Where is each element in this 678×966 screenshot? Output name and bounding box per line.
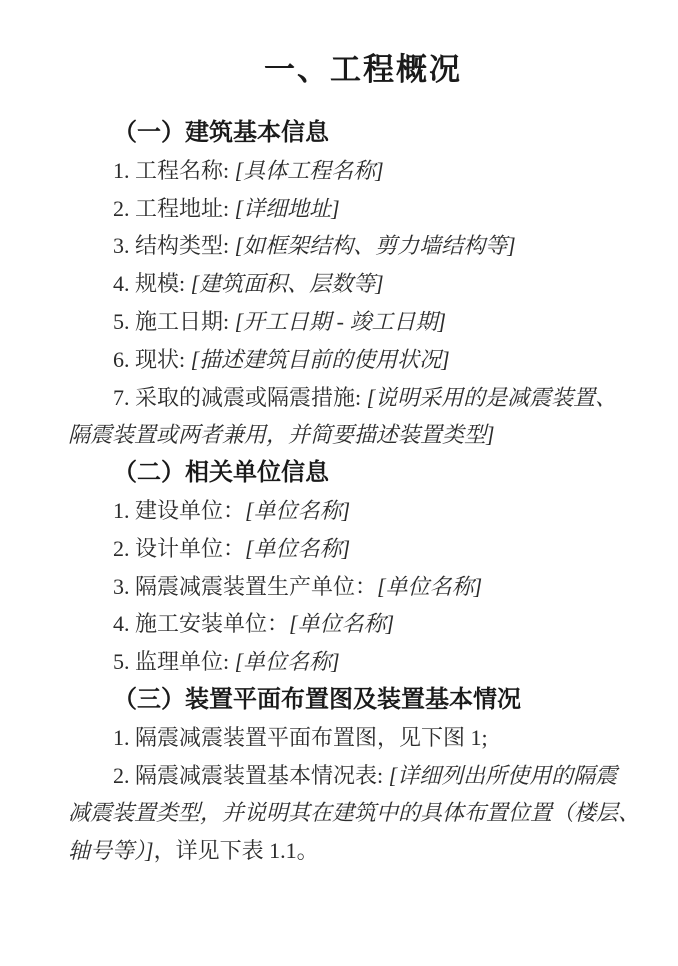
paragraph-line: 4. 施工安装单位：[单位名称]	[68, 605, 610, 643]
document-content: 一、工程概况 （一）建筑基本信息1. 工程名称: [具体工程名称]2. 工程地址…	[68, 48, 610, 870]
placeholder-segment: [单位名称]	[289, 611, 394, 636]
section-heading: （一）建筑基本信息	[68, 114, 610, 152]
placeholder-segment: [建筑面积、层数等]	[191, 271, 384, 296]
document-body: （一）建筑基本信息1. 工程名称: [具体工程名称]2. 工程地址: [详细地址…	[68, 114, 610, 870]
text-segment: 6. 现状:	[113, 347, 191, 372]
text-segment: 3. 隔震减震装置生产单位：	[113, 574, 377, 599]
paragraph-line: 1. 工程名称: [具体工程名称]	[68, 152, 610, 190]
placeholder-segment: [具体工程名称]	[235, 158, 384, 183]
paragraph-line: 2. 隔震减震装置基本情况表: [详细列出所使用的隔震	[68, 757, 610, 795]
section: （三）装置平面布置图及装置基本情况1. 隔震减震装置平面布置图，见下图 1;2.…	[68, 681, 610, 870]
paragraph-line: 4. 规模: [建筑面积、层数等]	[68, 265, 610, 303]
placeholder-segment: [详细列出所使用的隔震	[389, 763, 618, 788]
placeholder-segment: [详细地址]	[235, 196, 340, 221]
placeholder-segment: 轴号等）]	[68, 838, 154, 863]
paragraph-line: 减震装置类型，并说明其在建筑中的具体布置位置（楼层、	[68, 794, 610, 832]
paragraph-line: 1. 隔震减震装置平面布置图，见下图 1;	[68, 719, 610, 757]
text-segment: 2. 隔震减震装置基本情况表:	[113, 763, 389, 788]
paragraph-line: 隔震装置或两者兼用，并简要描述装置类型]	[68, 416, 610, 454]
text-segment: 5. 施工日期:	[113, 309, 235, 334]
placeholder-segment: [单位名称]	[245, 536, 350, 561]
paragraph-line: 3. 隔震减震装置生产单位：[单位名称]	[68, 568, 610, 606]
section: （二）相关单位信息1. 建设单位：[单位名称]2. 设计单位：[单位名称]3. …	[68, 454, 610, 681]
text-segment: 1. 建设单位：	[113, 498, 245, 523]
placeholder-segment: [单位名称]	[245, 498, 350, 523]
text-segment: 1. 工程名称:	[113, 158, 235, 183]
placeholder-segment: [单位名称]	[235, 649, 340, 674]
paragraph-line: 2. 工程地址: [详细地址]	[68, 190, 610, 228]
placeholder-segment: 减震装置类型，并说明其在建筑中的具体布置位置（楼层、	[68, 800, 640, 825]
text-segment: 7. 采取的减震或隔震措施:	[113, 385, 367, 410]
placeholder-segment: 隔震装置或两者兼用，并简要描述装置类型]	[68, 422, 495, 447]
text-segment: 2. 工程地址:	[113, 196, 235, 221]
paragraph-line: 5. 施工日期: [开工日期 - 竣工日期]	[68, 303, 610, 341]
placeholder-segment: [描述建筑目前的使用状况]	[191, 347, 450, 372]
text-segment: 3. 结构类型:	[113, 233, 235, 258]
paragraph-line: 6. 现状: [描述建筑目前的使用状况]	[68, 341, 610, 379]
text-segment: 1. 隔震减震装置平面布置图，见下图 1;	[113, 725, 488, 750]
placeholder-segment: [单位名称]	[377, 574, 482, 599]
text-segment: 5. 监理单位:	[113, 649, 235, 674]
text-segment: 4. 规模:	[113, 271, 191, 296]
paragraph-line: 1. 建设单位：[单位名称]	[68, 492, 610, 530]
section-heading: （二）相关单位信息	[68, 454, 610, 492]
placeholder-segment: [如框架结构、剪力墙结构等]	[235, 233, 516, 258]
section: （一）建筑基本信息1. 工程名称: [具体工程名称]2. 工程地址: [详细地址…	[68, 114, 610, 454]
paragraph-line: 7. 采取的减震或隔震措施: [说明采用的是减震装置、	[68, 379, 610, 417]
text-segment: 4. 施工安装单位：	[113, 611, 289, 636]
document-page: 一、工程概况 （一）建筑基本信息1. 工程名称: [具体工程名称]2. 工程地址…	[0, 0, 678, 966]
text-segment: 2. 设计单位：	[113, 536, 245, 561]
paragraph-line: 2. 设计单位：[单位名称]	[68, 530, 610, 568]
paragraph-line: 轴号等）]，详见下表 1.1。	[68, 832, 610, 870]
placeholder-segment: [说明采用的是减震装置、	[367, 385, 618, 410]
section-heading: （三）装置平面布置图及装置基本情况	[68, 681, 610, 719]
text-segment: ，详见下表 1.1。	[154, 838, 319, 863]
paragraph-line: 5. 监理单位: [单位名称]	[68, 643, 610, 681]
placeholder-segment: [开工日期 - 竣工日期]	[235, 309, 446, 334]
paragraph-line: 3. 结构类型: [如框架结构、剪力墙结构等]	[68, 227, 610, 265]
page-title: 一、工程概况	[68, 48, 610, 92]
